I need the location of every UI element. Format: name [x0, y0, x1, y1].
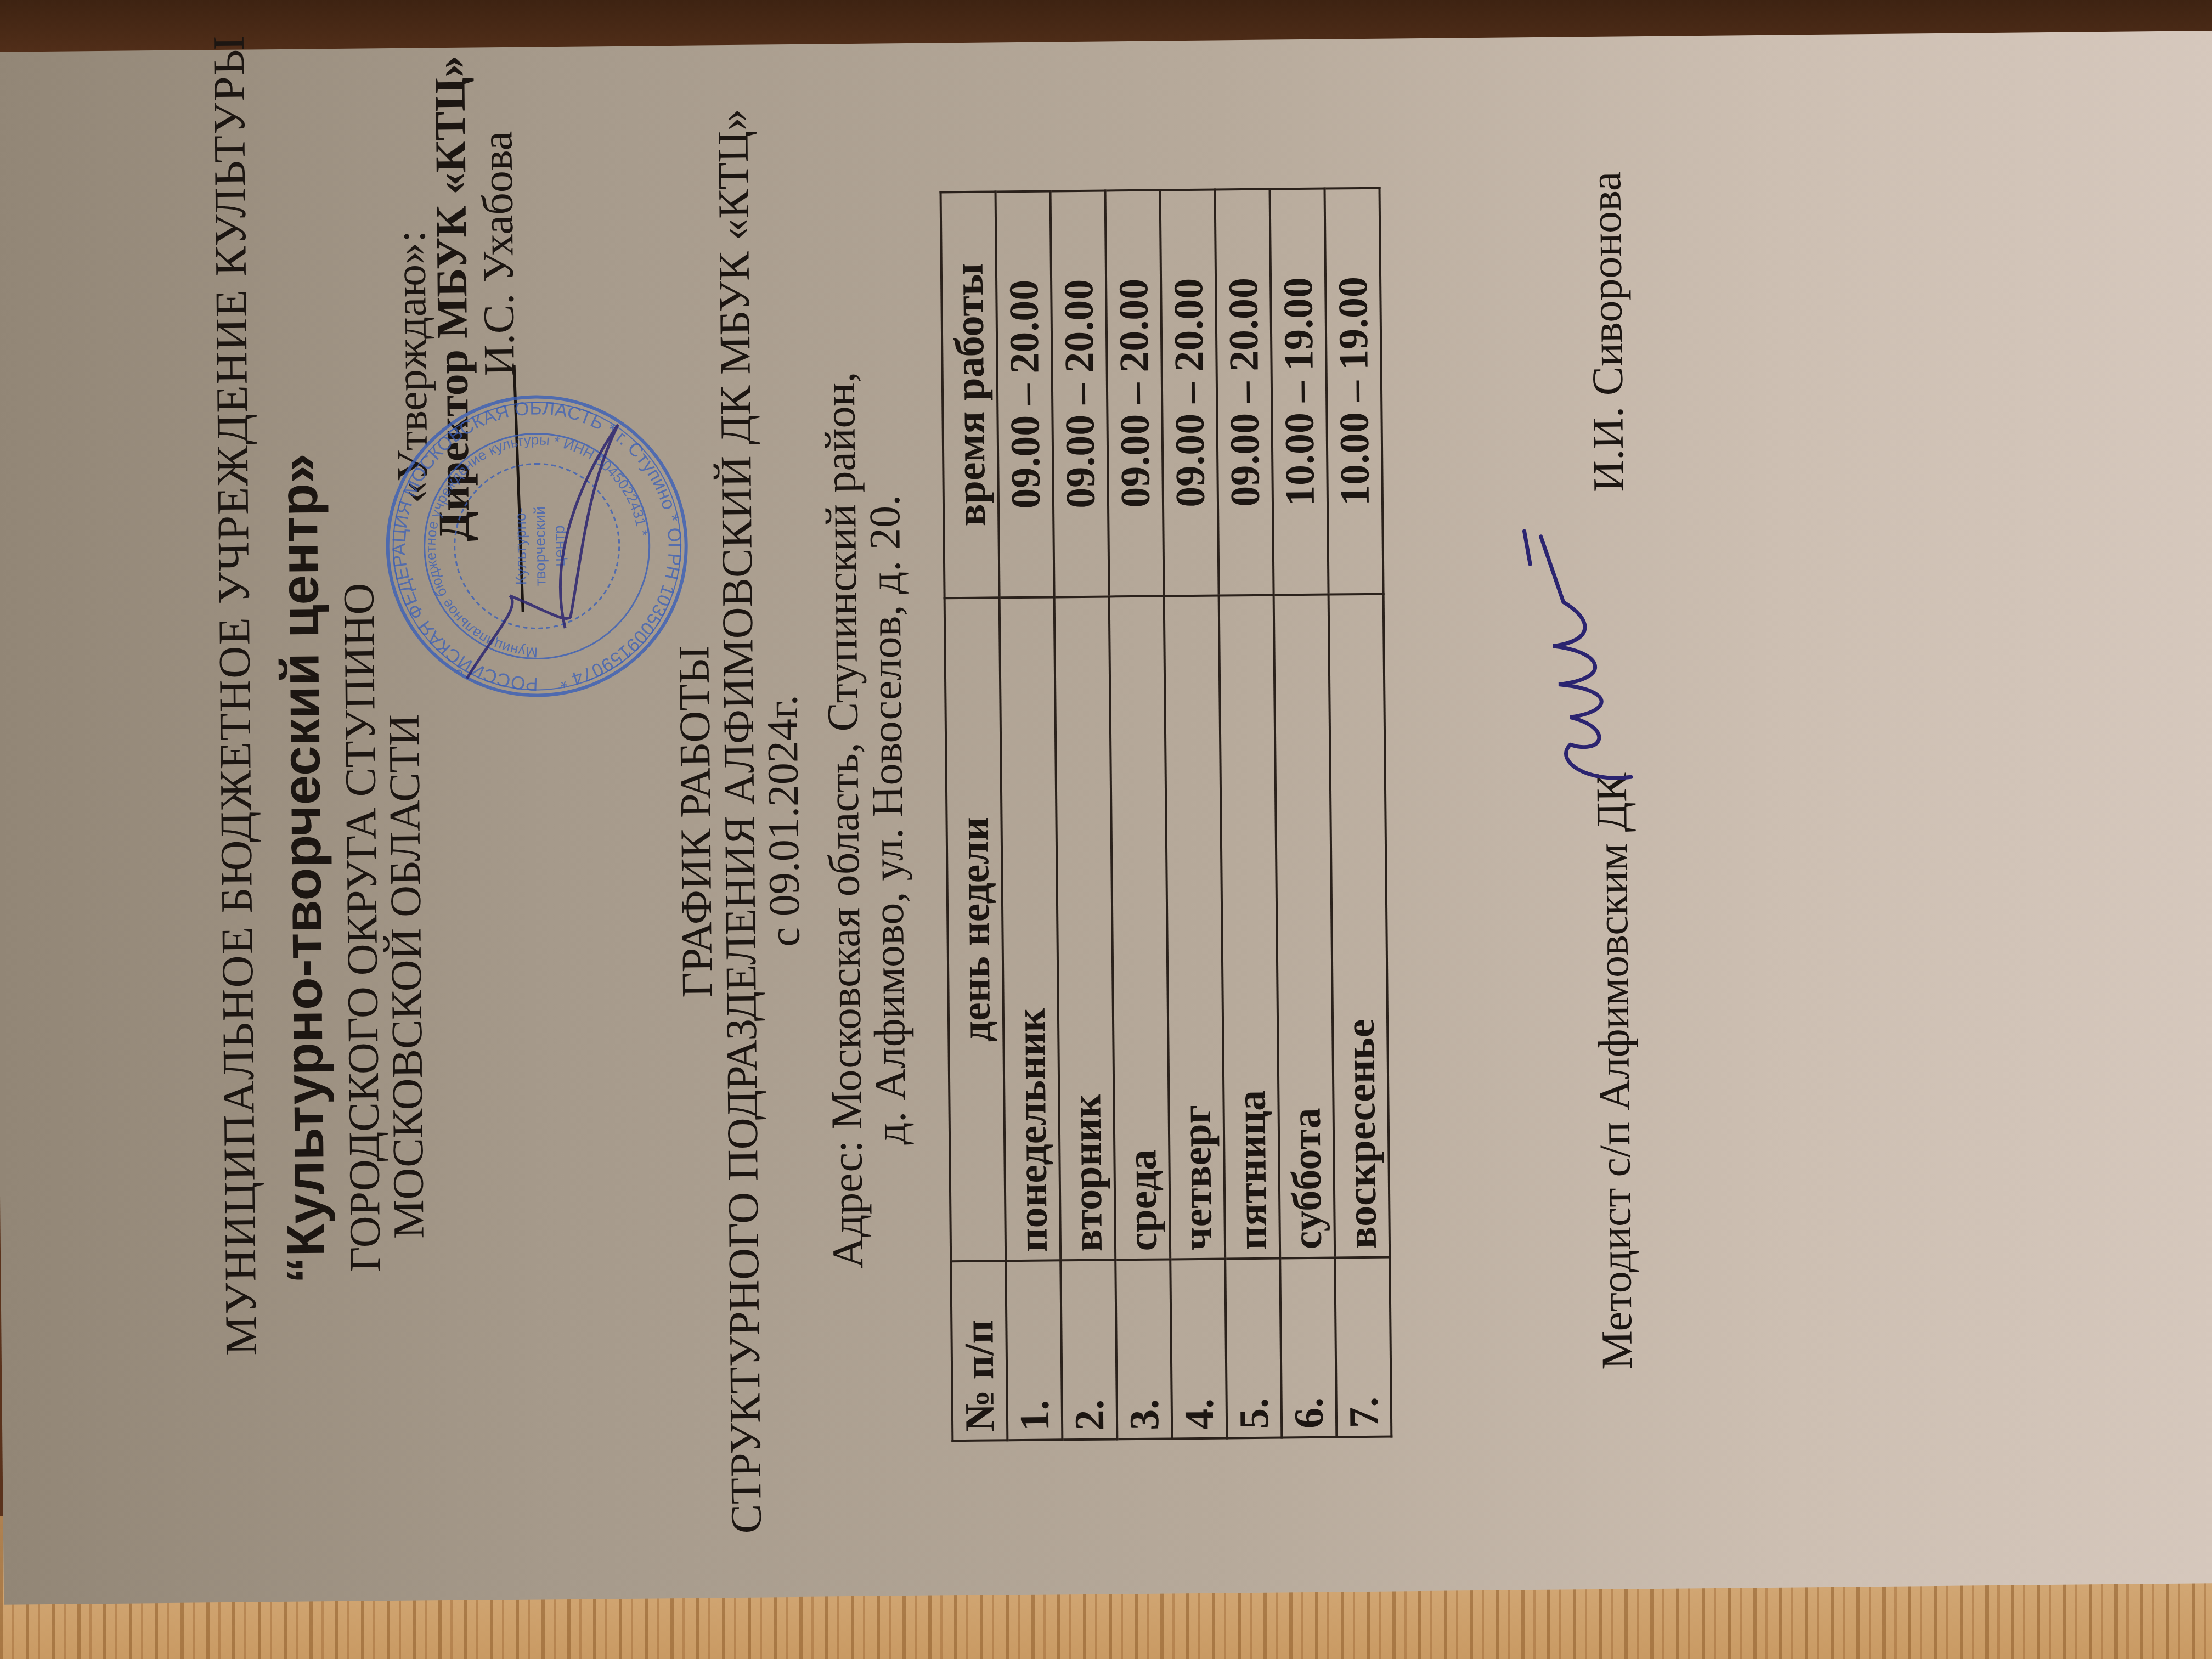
row-hours: 09.00 – 20.00 [1105, 190, 1164, 597]
footer-position: Методист с/п Алфимовским ДК [1587, 772, 1643, 1370]
header-day: день недели [945, 597, 1006, 1262]
row-hours: 09.00 – 20.00 [1160, 190, 1219, 596]
row-number: 4. [1170, 1259, 1227, 1438]
row-day: среда [1109, 596, 1171, 1260]
footer-name: И.И. Сиворонова [1581, 171, 1634, 492]
org-header-line4: МОСКОВСКОЙ ОБЛАСТИ [380, 714, 435, 1239]
schedule-table: № п/п день недели время работы 1.понедел… [940, 187, 1393, 1442]
approval-name: И.С. Ухабова [472, 131, 524, 377]
paper-sheet: МУНИЦИПАЛЬНОЕ БЮДЖЕТНОЕ УЧРЕЖДЕНИЕ КУЛЬТ… [0, 31, 2212, 1605]
row-day: вторник [1054, 596, 1116, 1261]
official-stamp-icon: РОССИЙСКАЯ ФЕДЕРАЦИЯ МОСКОВСКАЯ ОБЛАСТЬ … [382, 391, 692, 701]
document-page: МУНИЦИПАЛЬНОЕ БЮДЖЕТНОЕ УЧРЕЖДЕНИЕ КУЛЬТ… [0, 31, 2198, 1605]
table-row: 7.воскресенье10.00 – 19.00 [1324, 188, 1391, 1437]
row-hours: 09.00 – 20.00 [996, 191, 1054, 597]
row-hours: 09.00 – 20.00 [1051, 190, 1109, 597]
svg-text:Культурно-: Культурно- [512, 507, 529, 585]
org-header-line1: МУНИЦИПАЛЬНОЕ БЮДЖЕТНОЕ УЧРЕЖДЕНИЕ КУЛЬТ… [203, 35, 267, 1356]
header-hours: время работы [941, 191, 1000, 598]
row-number: 7. [1335, 1257, 1391, 1437]
row-day: пятница [1219, 595, 1280, 1259]
row-day: четверг [1164, 595, 1226, 1260]
svg-text:творческий: творческий [531, 506, 549, 586]
row-number: 3. [1115, 1260, 1172, 1439]
row-hours: 10.00 – 19.00 [1324, 188, 1383, 595]
row-number: 1. [1006, 1261, 1062, 1440]
row-hours: 09.00 – 20.00 [1215, 189, 1274, 596]
row-number: 5. [1225, 1259, 1282, 1438]
org-header-name: “Культурно-творческий центр» [267, 453, 337, 1284]
row-hours: 10.00 – 19.00 [1270, 189, 1329, 595]
handwritten-signature-icon [1519, 519, 1664, 794]
row-day: понедельник [1000, 597, 1061, 1261]
row-day: воскресенье [1329, 594, 1390, 1258]
row-day: суббота [1274, 594, 1335, 1259]
row-number: 2. [1060, 1260, 1117, 1440]
header-number: № п/п [951, 1261, 1007, 1441]
row-number: 6. [1280, 1258, 1336, 1437]
